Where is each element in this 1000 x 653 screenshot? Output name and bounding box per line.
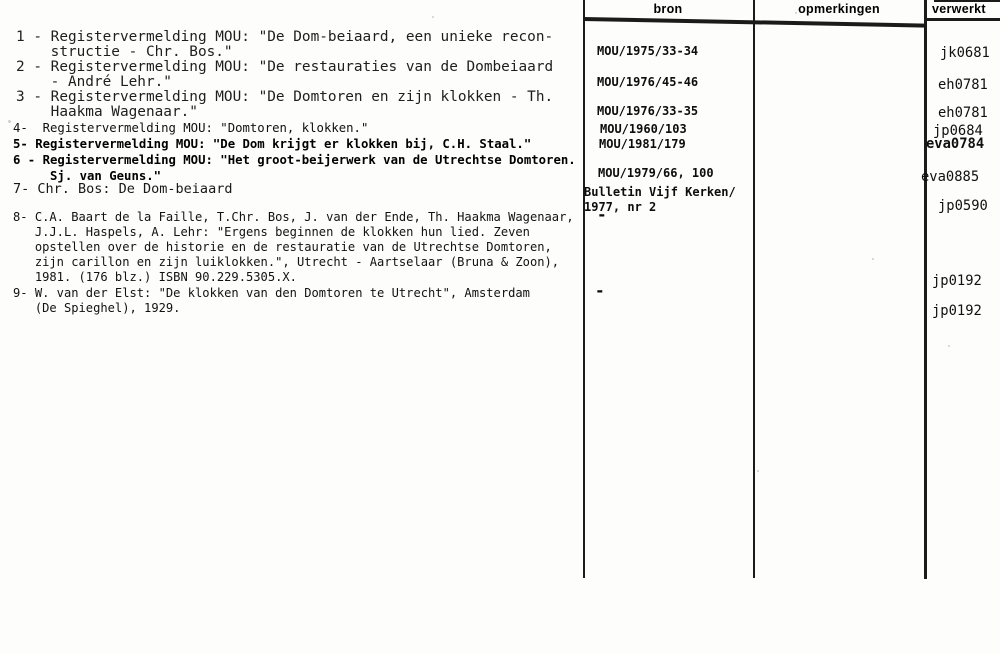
register-entry-5: 5- Registervermelding MOU: "De Dom krijg… — [13, 137, 531, 153]
verwerkt-value-5: eva0784 — [926, 137, 984, 152]
bron-value-8-dash: - — [597, 207, 607, 223]
register-entry-8: 8- C.A. Baart de la Faille, T.Chr. Bos, … — [13, 210, 574, 285]
register-entry-3: 3 - Registervermelding MOU: "De Domtoren… — [16, 90, 553, 120]
register-entry-9: 9- W. van der Elst: "De klokken van den … — [13, 286, 530, 316]
verwerkt-value-6: eva0885 — [921, 170, 979, 185]
verwerkt-value-8: jp0192 — [932, 274, 982, 289]
register-entry-2: 2 - Registervermelding MOU: "De restaura… — [16, 60, 553, 90]
scan-speck — [432, 16, 434, 18]
verwerkt-value-7: jp0590 — [938, 199, 988, 214]
bron-value-9-dash: - — [595, 283, 605, 299]
column-header-verwerkt: verwerkt — [932, 2, 986, 16]
header-underline-verwerkt — [924, 18, 1000, 21]
bron-value-6: MOU/1979/66, 100 — [598, 166, 714, 181]
bron-value-1: MOU/1975/33-34 — [597, 44, 698, 59]
scan-speck — [872, 258, 874, 260]
scan-speck — [948, 345, 950, 347]
scan-speck — [8, 120, 11, 123]
bron-value-4: MOU/1960/103 — [600, 122, 687, 137]
table-divider-left — [583, 0, 585, 578]
bron-value-7: Bulletin Vijf Kerken/ 1977, nr 2 — [584, 185, 736, 215]
scanned-registry-page: bron opmerkingen verwerkt 1 - Registerve… — [0, 0, 1000, 653]
register-entry-6: 6 - Registervermelding MOU: "Het groot-b… — [13, 153, 576, 184]
table-divider-right — [924, 0, 927, 579]
scan-speck — [795, 12, 797, 14]
register-entry-1: 1 - Registervermelding MOU: "De Dom-beia… — [16, 30, 553, 60]
bron-value-2: MOU/1976/45-46 — [597, 75, 698, 90]
verwerkt-value-9: jp0192 — [932, 304, 982, 319]
verwerkt-value-3: eh0781 — [938, 106, 988, 121]
column-header-bron: bron — [583, 2, 753, 16]
register-entry-7: 7- Chr. Bos: De Dom-beiaard — [13, 182, 232, 197]
bron-value-3: MOU/1976/33-35 — [597, 104, 698, 119]
register-entry-4: 4- Registervermelding MOU: "Domtoren, kl… — [13, 121, 368, 136]
verwerkt-value-1: jk0681 — [940, 46, 990, 61]
bron-value-5: MOU/1981/179 — [599, 137, 686, 152]
verwerkt-value-2: eh0781 — [938, 78, 988, 93]
column-header-opmerkingen: opmerkingen — [755, 2, 923, 16]
table-divider-middle — [753, 0, 755, 578]
scan-speck — [757, 470, 759, 472]
